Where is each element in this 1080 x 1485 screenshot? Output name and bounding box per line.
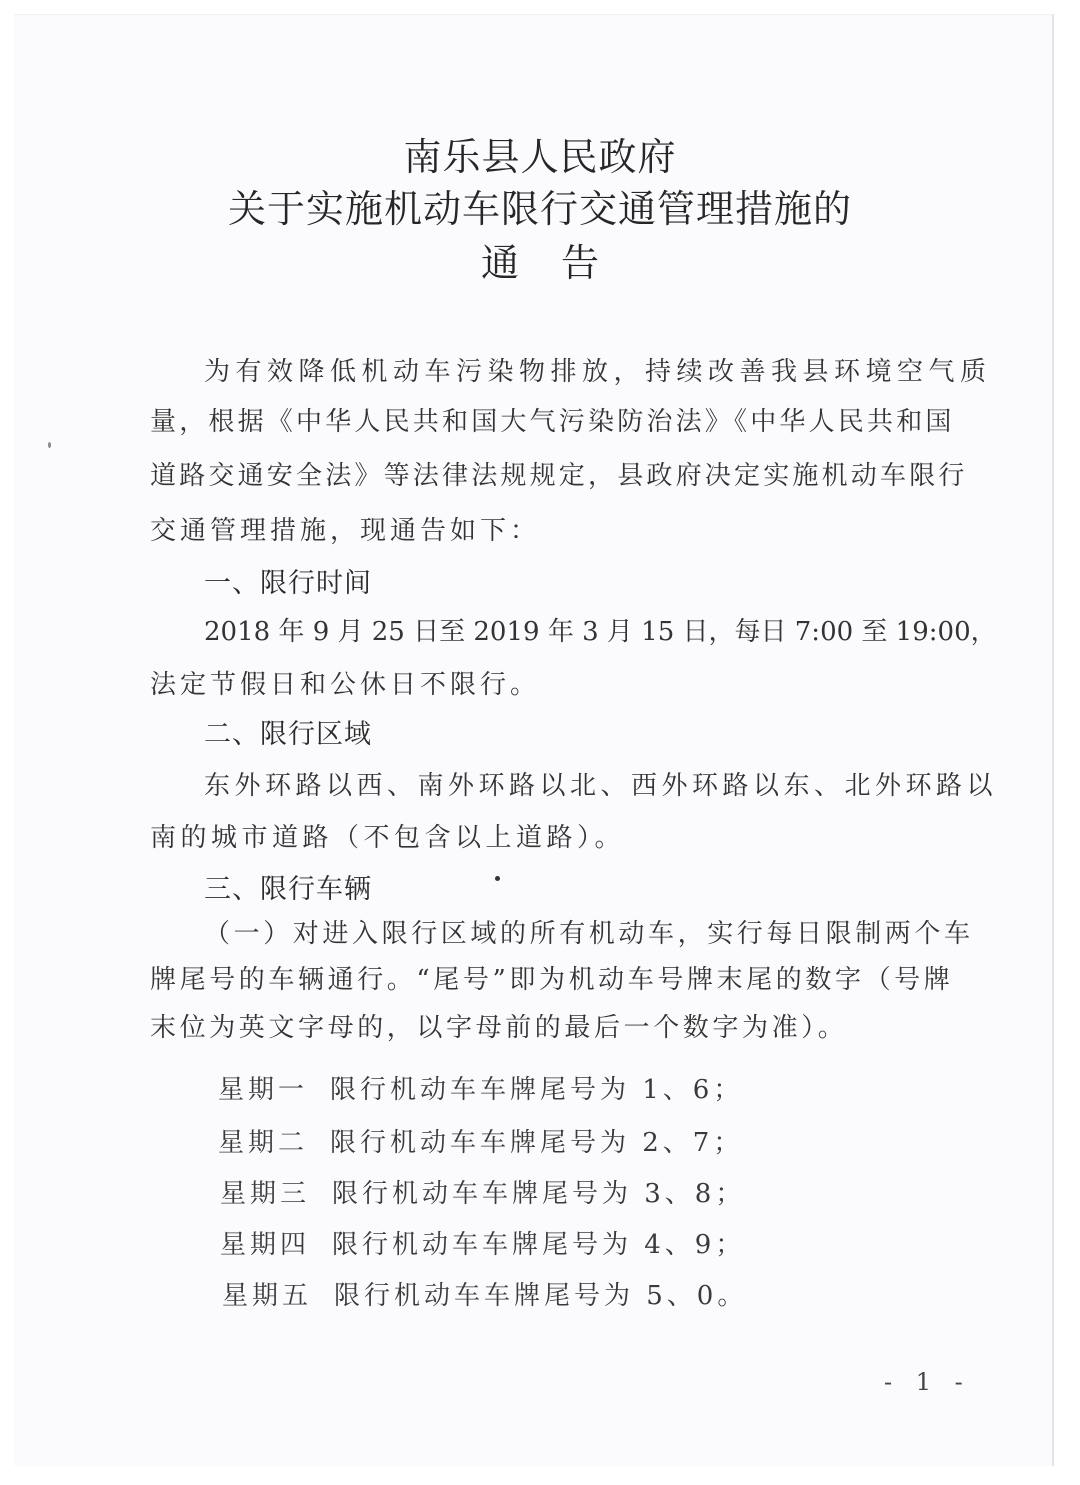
schedule-row-monday: 星期一限行机动车车牌尾号为 1、6； [218, 1072, 743, 1108]
scan-speck [495, 876, 500, 881]
section-3-heading: 三、限行车辆 [204, 872, 372, 908]
section-2-heading: 二、限行区域 [204, 717, 372, 753]
schedule-row-tuesday: 星期二限行机动车车牌尾号为 2、7； [218, 1125, 743, 1161]
schedule-day: 星期四 [220, 1227, 332, 1263]
schedule-day: 星期五 [222, 1278, 334, 1314]
section-2-line-1: 东外环路以西、南外环路以北、西外环路以东、北外环路以 [204, 768, 997, 804]
schedule-row-wednesday: 星期三限行机动车车牌尾号为 3、8； [220, 1176, 745, 1212]
schedule-row-thursday: 星期四限行机动车车牌尾号为 4、9； [220, 1227, 745, 1263]
intro-line-2: 量，根据《中华人民共和国大气污染防治法》《中华人民共和国 [150, 404, 955, 440]
schedule-rule: 限行机动车车牌尾号为 4、9； [332, 1230, 745, 1260]
section-1-line-1: 2018 年 9 月 25 日至 2019 年 3 月 15 日，每日 7:00… [204, 614, 997, 650]
schedule-rule: 限行机动车车牌尾号为 5、0。 [334, 1281, 747, 1311]
schedule-rule: 限行机动车车牌尾号为 1、6； [330, 1075, 743, 1105]
section-3-line-3: 末位为英文字母的，以字母前的最后一个数字为准）。 [150, 1010, 847, 1046]
notice-type-title: 通告 [0, 234, 1080, 292]
intro-line-1: 为有效降低机动车污染物排放，持续改善我县环境空气质 [204, 354, 992, 390]
page-number: - 1 - [884, 1368, 971, 1396]
notice-subject-title: 关于实施机动车限行交通管理措施的 [0, 180, 1080, 238]
section-1-heading: 一、限行时间 [204, 566, 372, 602]
schedule-rule: 限行机动车车牌尾号为 2、7； [330, 1128, 743, 1158]
schedule-day: 星期三 [220, 1176, 332, 1212]
section-2-line-2: 南的城市道路（不包含以上道路）。 [150, 820, 625, 856]
section-3-line-1: （一）对进入限行区域的所有机动车，实行每日限制两个车 [204, 916, 974, 952]
notice-type-text: 通告 [0, 234, 1080, 292]
notice-subject-text: 关于实施机动车限行交通管理措施的 [0, 180, 1080, 238]
schedule-row-friday: 星期五限行机动车车牌尾号为 5、0。 [222, 1278, 747, 1314]
issuer-title: 南乐县人民政府 [0, 128, 1080, 186]
intro-line-3: 道路交通安全法》等法律法规规定，县政府决定实施机动车限行 [150, 458, 968, 494]
issuer-title-text: 南乐县人民政府 [0, 128, 1080, 186]
schedule-rule: 限行机动车车牌尾号为 3、8； [332, 1179, 745, 1209]
scan-speck [48, 442, 51, 448]
section-3-line-2: 牌尾号的车辆通行。“尾号”即为机动车号牌末尾的数字（号牌 [150, 962, 953, 998]
intro-line-4: 交通管理措施，现通告如下： [150, 513, 540, 549]
schedule-day: 星期二 [218, 1125, 330, 1161]
section-1-line-2: 法定节假日和公休日不限行。 [150, 667, 540, 703]
schedule-day: 星期一 [218, 1072, 330, 1108]
